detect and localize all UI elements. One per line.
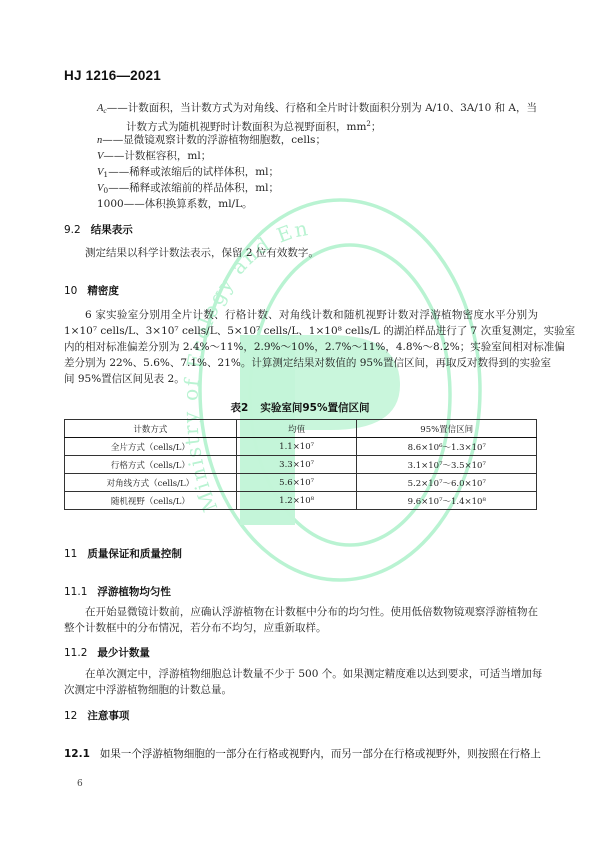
table-cell-method: 行格方式（cells/L） — [65, 456, 237, 474]
document-page: Ministry of Ecology and Environment HJ 1… — [0, 0, 600, 848]
table-cell-ci: 8.6×10⁶～1.3×10⁷ — [357, 438, 537, 456]
section-heading-11-1: 11.1浮游植物均匀性 — [64, 584, 171, 599]
table-header-method: 计数方式 — [65, 420, 237, 438]
document-id-header: HJ 1216—2021 — [64, 68, 161, 83]
table-cell-mean: 5.6×10⁷ — [236, 474, 357, 492]
table-header-row: 计数方式 均值 95%置信区间 — [65, 420, 537, 438]
table-row: 全片方式（cells/L） 1.1×10⁷ 8.6×10⁶～1.3×10⁷ — [65, 438, 537, 456]
section-heading-10: 10精密度 — [64, 283, 119, 298]
section-heading-12: 12注意事项 — [64, 708, 129, 723]
table-cell-mean: 1.2×10⁸ — [236, 492, 357, 510]
section-heading-11: 11质量保证和质量控制 — [64, 546, 182, 561]
section-heading-9-2: 9.2结果表示 — [64, 222, 133, 237]
table-header-mean: 均值 — [236, 420, 357, 438]
table-cell-mean: 3.3×10⁷ — [236, 456, 357, 474]
section-11-2-body: 在单次测定中，浮游植物细胞总计数量不少于 500 个。如果测定精度难以达到要求，… — [64, 666, 538, 698]
table-cell-method: 随机视野（cells/L） — [65, 492, 237, 510]
table-cell-ci: 9.6×10⁷～1.4×10⁸ — [357, 492, 537, 510]
table-cell-ci: 5.2×10⁷～6.0×10⁷ — [357, 474, 537, 492]
definition-n: n——显微镜观察计数的浮游植物细胞数，cells； — [97, 132, 326, 149]
table-cell-mean: 1.1×10⁷ — [236, 438, 357, 456]
section-9-2-body: 测定结果以科学计数法表示，保留 2 位有效数字。 — [85, 245, 319, 261]
table-row: 行格方式（cells/L） 3.3×10⁷ 3.1×10⁷～3.5×10⁷ — [65, 456, 537, 474]
section-10-body: 6 家实验室分别用全片计数、行格计数、对角线计数和随机视野计数对浮游植物密度水平… — [64, 307, 538, 387]
table-cell-method: 对角线方式（cells/L） — [65, 474, 237, 492]
table-2-confidence-intervals: 计数方式 均值 95%置信区间 全片方式（cells/L） 1.1×10⁷ 8.… — [64, 419, 537, 510]
definition-v: V——计数框容积，ml； — [97, 148, 211, 165]
definition-1000: 1000——体积换算系数，ml/L。 — [97, 196, 253, 212]
table-header-ci: 95%置信区间 — [357, 420, 537, 438]
section-11-1-body: 在开始显微镜计数前，应确认浮游植物在计数框中分布的均匀性。使用低倍数物镜观察浮游… — [64, 604, 538, 636]
table-cell-method: 全片方式（cells/L） — [65, 438, 237, 456]
table-row: 对角线方式（cells/L） 5.6×10⁷ 5.2×10⁷～6.0×10⁷ — [65, 474, 537, 492]
table-2-caption: 表2实验室间95%置信区间 — [0, 400, 600, 415]
table-row: 随机视野（cells/L） 1.2×10⁸ 9.6×10⁷～1.4×10⁸ — [65, 492, 537, 510]
section-heading-11-2: 11.2最少计数量 — [64, 645, 150, 660]
table-cell-ci: 3.1×10⁷～3.5×10⁷ — [357, 456, 537, 474]
page-number: 6 — [77, 779, 83, 789]
section-12-1: 12.1如果一个浮游植物细胞的一部分在行格或视野内，而另一部分在行格或视野外，则… — [64, 746, 541, 761]
